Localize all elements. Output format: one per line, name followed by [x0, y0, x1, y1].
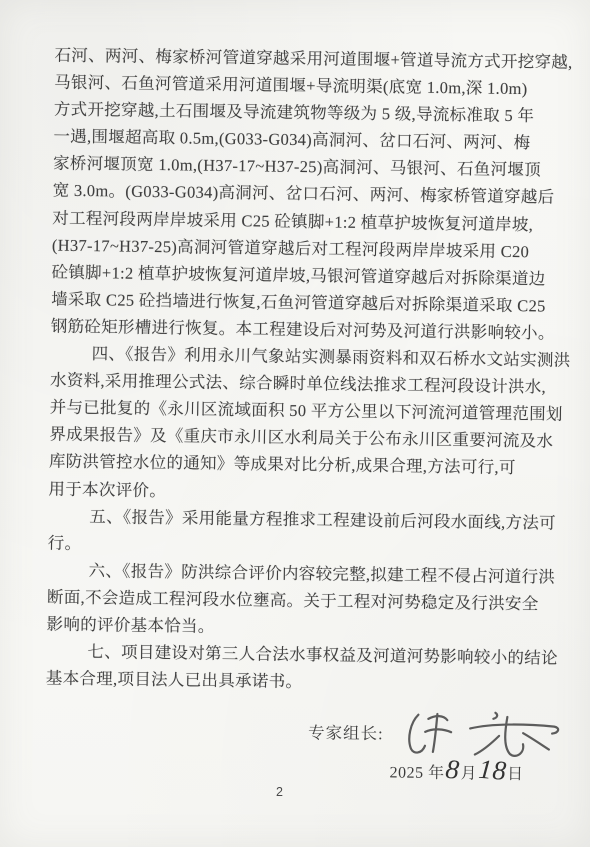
- scanned-document-page: 石河、两河、梅家桥河管道穿越采用河道围堰+管道导流方式开挖穿越,马银河、石鱼河管…: [0, 0, 590, 847]
- date-day-suffix: 日: [507, 761, 524, 784]
- signature-label: 专家组长:: [308, 719, 384, 747]
- date-month-handwritten: 8: [445, 759, 461, 780]
- date-month-suffix: 月: [460, 761, 477, 784]
- page-number: 2: [276, 785, 283, 799]
- signature-row: 专家组长:: [45, 716, 539, 757]
- document-body: 石河、两河、梅家桥河管道穿越采用河道围堰+管道导流方式开挖穿越,马银河、石鱼河管…: [44, 42, 548, 785]
- date-day-handwritten: 18: [477, 759, 507, 781]
- date-year: 2025 年: [389, 760, 444, 784]
